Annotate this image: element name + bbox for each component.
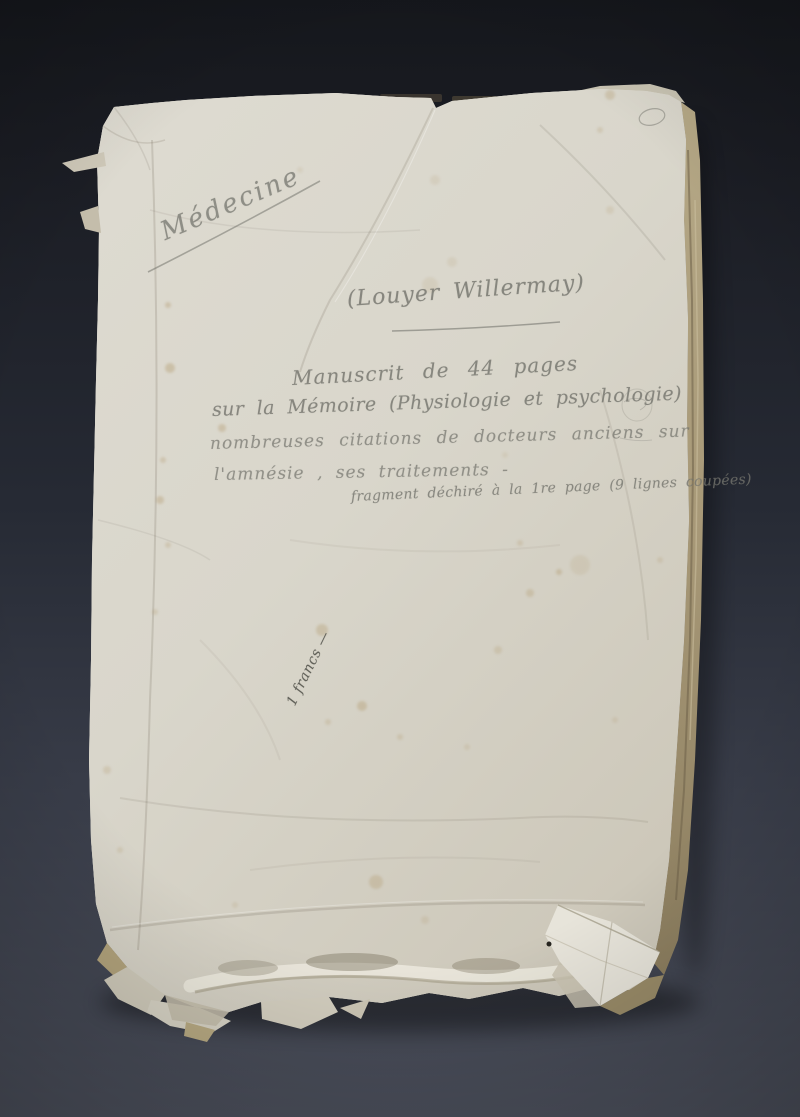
foxing-spot <box>502 452 508 458</box>
foxing-spot <box>421 916 429 924</box>
foxing-spot <box>494 646 502 654</box>
photograph-background: Médecine (Louyer Willermay) Manuscrit de… <box>0 0 800 1117</box>
foxing-spot <box>152 609 158 615</box>
foxing-spot <box>430 175 440 185</box>
foxing-spot <box>570 555 590 575</box>
foxing-spot <box>165 542 171 548</box>
manuscript-cover-graphic <box>0 0 800 1117</box>
foxing-spot <box>218 424 226 432</box>
foxing-spot <box>165 363 175 373</box>
foxing-spot <box>156 496 164 504</box>
foxing-spot <box>369 875 383 889</box>
foxing-spot <box>606 206 614 214</box>
foxing-spot <box>165 302 171 308</box>
foxing-spot <box>103 766 111 774</box>
foxing-spot <box>397 734 403 740</box>
foxing-spot <box>612 717 618 723</box>
foxing-spot <box>160 457 166 463</box>
foxing-spot <box>605 90 615 100</box>
foxing-spot <box>517 540 523 546</box>
foxing-spot <box>464 744 470 750</box>
foxing-spot <box>657 557 663 563</box>
foxing-spot <box>526 589 534 597</box>
foxing-spot <box>447 257 457 267</box>
foxing-spot <box>232 902 238 908</box>
foxing-spot <box>597 127 603 133</box>
foxing-spot <box>325 719 331 725</box>
foxing-spot <box>357 701 367 711</box>
dark-speck <box>547 942 552 947</box>
foxing-spot <box>117 847 123 853</box>
foxing-spot <box>556 569 562 575</box>
